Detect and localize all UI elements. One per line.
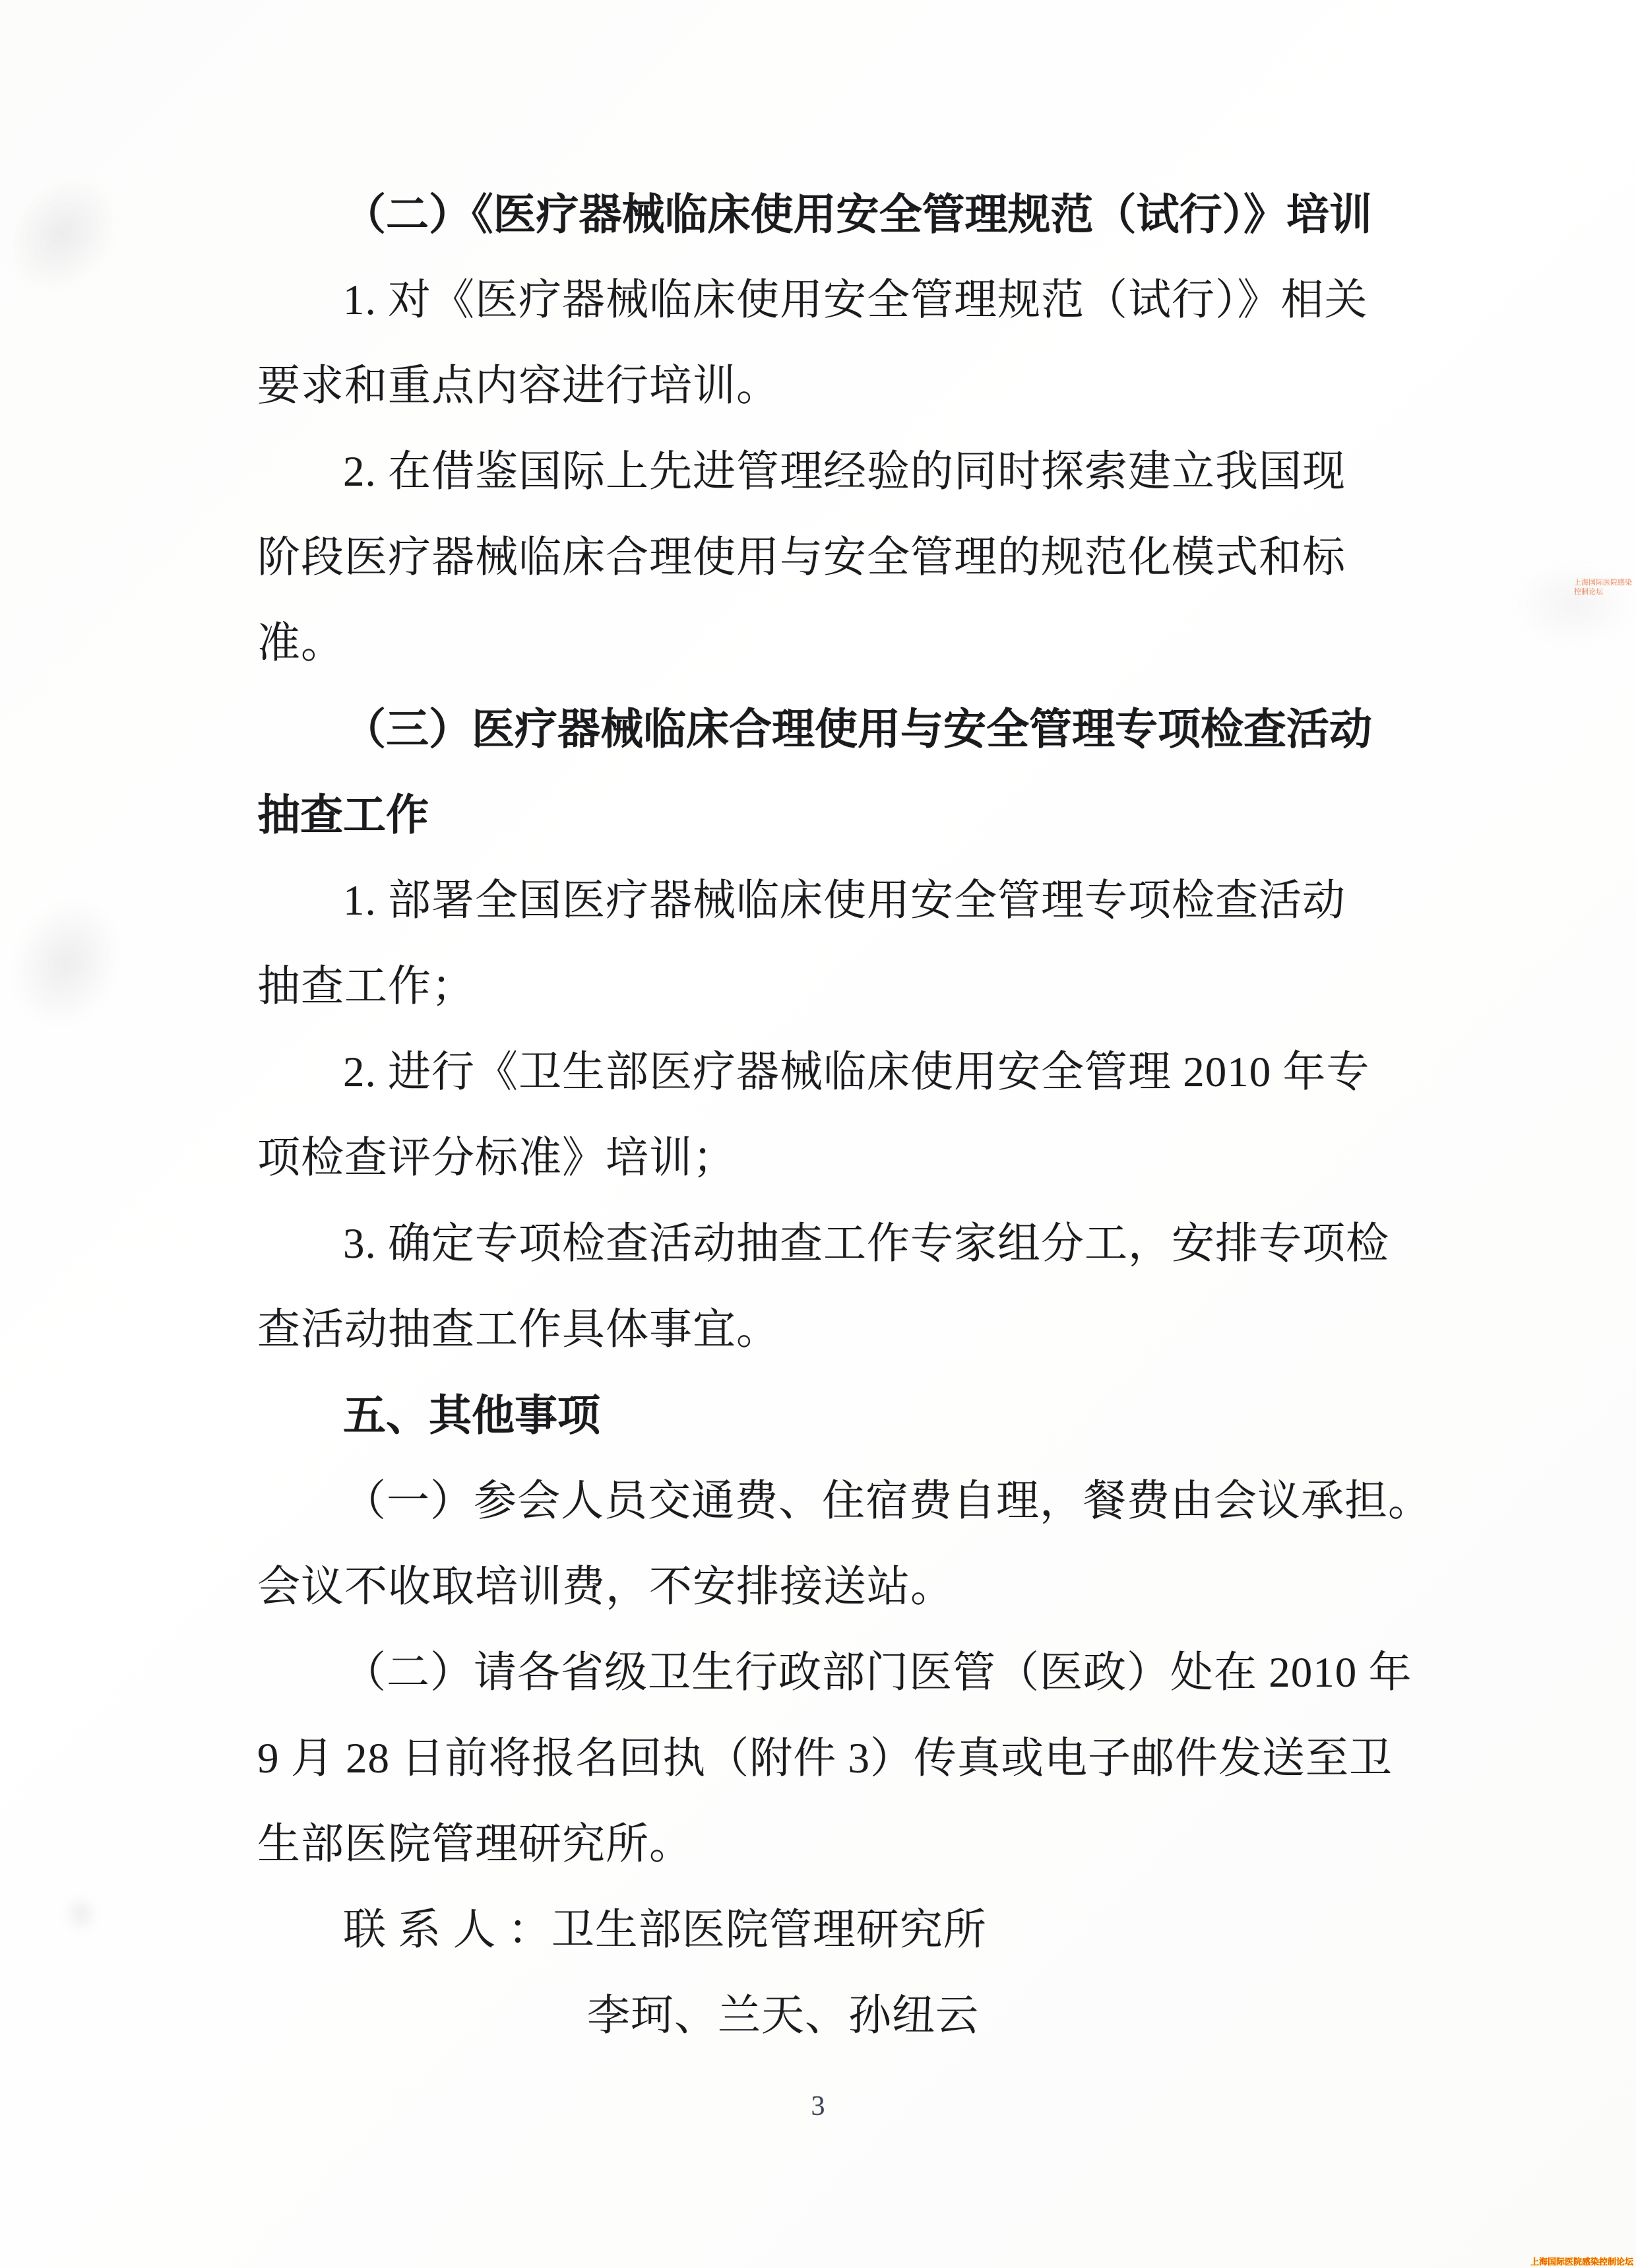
forum-watermark-side: 上海国际医院感染控制论坛 — [1574, 578, 1635, 597]
scan-smudge — [0, 882, 141, 1045]
paragraph-line: 2. 进行《卫生部医疗器械临床使用安全管理 2010 年专 — [257, 1029, 1372, 1115]
paragraph-line: 查活动抽查工作具体事宜。 — [257, 1287, 1372, 1373]
paragraph-line: 阶段医疗器械临床合理使用与安全管理的规范化模式和标 — [257, 515, 1372, 600]
contact-person-line: 联 系 人 ：卫生部医院管理研究所 — [257, 1887, 1372, 1973]
paragraph-line: 会议不收取培训费，不安排接送站。 — [257, 1544, 1372, 1630]
paragraph-line: 项检查评分标准》培训； — [257, 1115, 1372, 1201]
section-heading-3-cont: 抽查工作 — [257, 772, 1372, 858]
scan-smudge — [0, 154, 141, 314]
page-number: 3 — [0, 2090, 1636, 2122]
paragraph-line: （一）参会人员交通费、住宿费自理，餐费由会议承担。 — [257, 1458, 1372, 1544]
contact-names-line: 李珂、兰天、孙纽云 — [257, 1973, 1372, 2059]
paragraph-line: 要求和重点内容进行培训。 — [257, 343, 1372, 429]
paragraph-line: 2. 在借鉴国际上先进管理经验的同时探索建立我国现 — [257, 429, 1372, 515]
paragraph-line: 1. 部署全国医疗器械临床使用安全管理专项检查活动 — [257, 858, 1372, 944]
paragraph-line: 生部医院管理研究所。 — [257, 1801, 1372, 1887]
scan-smudge — [63, 1894, 99, 1933]
scan-smudge — [1511, 561, 1636, 647]
paragraph-line: 3. 确定专项检查活动抽查工作专家组分工，安排专项检 — [257, 1201, 1372, 1287]
paragraph-line: 准。 — [257, 600, 1372, 686]
section-heading-3: （三）医疗器械临床合理使用与安全管理专项检查活动 — [257, 686, 1372, 772]
forum-watermark-bottom: 上海国际医院感染控制论坛 — [1530, 2255, 1633, 2267]
paragraph-line: 1. 对《医疗器械临床使用安全管理规范（试行）》相关 — [257, 257, 1372, 343]
paragraph-line: （二）请各省级卫生行政部门医管（医政）处在 2010 年 — [257, 1630, 1372, 1716]
section-heading-5: 五、其他事项 — [257, 1373, 1372, 1458]
document-body: （二）《医疗器械临床使用安全管理规范（试行）》培训 1. 对《医疗器械临床使用安… — [257, 172, 1372, 2059]
scanned-document-page: （二）《医疗器械临床使用安全管理规范（试行）》培训 1. 对《医疗器械临床使用安… — [0, 0, 1636, 2268]
paragraph-line: 抽查工作； — [257, 944, 1372, 1029]
paragraph-line: 9 月 28 日前将报名回执（附件 3）传真或电子邮件发送至卫 — [257, 1716, 1372, 1801]
section-heading-2: （二）《医疗器械临床使用安全管理规范（试行）》培训 — [257, 172, 1372, 257]
